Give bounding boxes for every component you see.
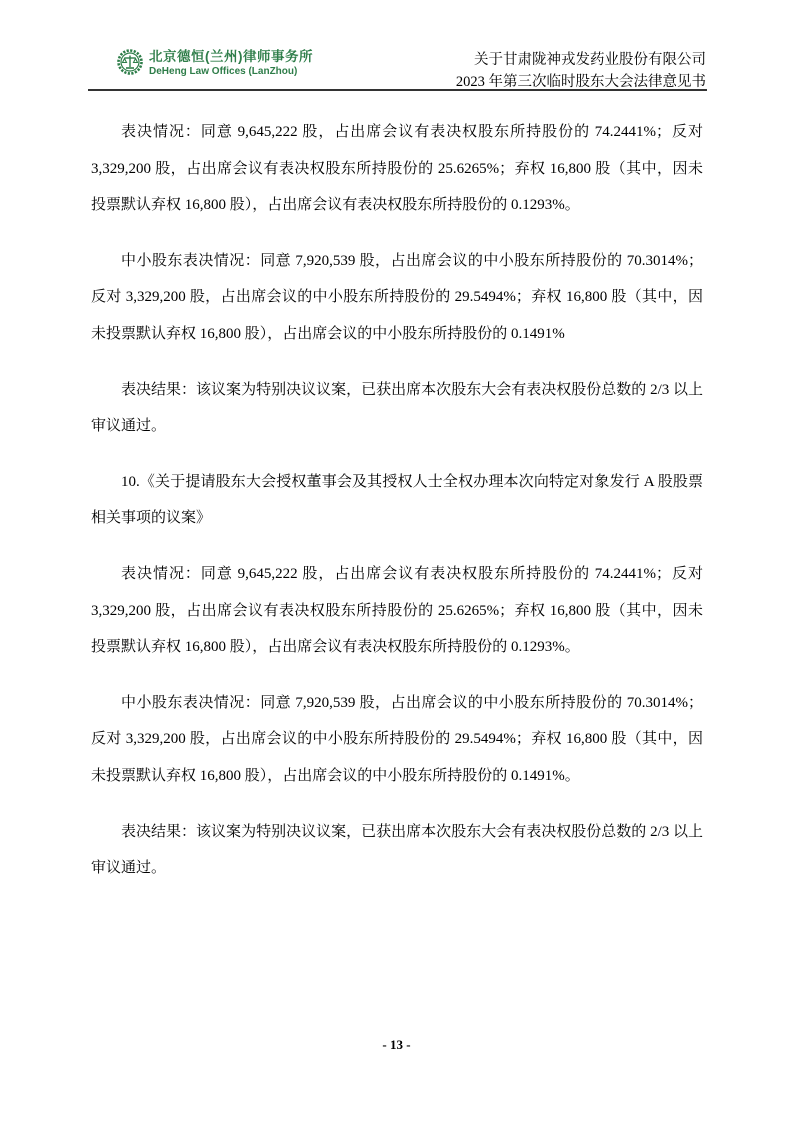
- paragraph-minority-voting-1: 中小股东表决情况：同意 7,920,539 股，占出席会议的中小股东所持股份的 …: [91, 243, 703, 353]
- document-body: 表决情况：同意 9,645,222 股，占出席会议有表决权股东所持股份的 74.…: [91, 114, 703, 906]
- document-title-line1: 关于甘肃陇神戎发药业股份有限公司: [456, 50, 706, 72]
- letterhead: 北京德恒(兰州)律师事务所 DeHeng Law Offices (LanZho…: [117, 49, 313, 78]
- paragraph-voting-result-2: 表决情况：同意 9,645,222 股，占出席会议有表决权股东所持股份的 74.…: [91, 556, 703, 666]
- document-page: 北京德恒(兰州)律师事务所 DeHeng Law Offices (LanZho…: [0, 0, 793, 1122]
- paragraph-resolution-outcome-2: 表决结果：该议案为特别决议议案，已获出席本次股东大会有表决权股份总数的 2/3 …: [91, 814, 703, 887]
- header-divider: [88, 89, 707, 91]
- paragraph-resolution-outcome-1: 表决结果：该议案为特别决议议案，已获出席本次股东大会有表决权股份总数的 2/3 …: [91, 372, 703, 445]
- paragraph-proposal-10-title: 10.《关于提请股东大会授权董事会及其授权人士全权办理本次向特定对象发行 A 股…: [91, 464, 703, 537]
- page-number: - 13 -: [0, 1037, 793, 1053]
- paragraph-voting-result-1: 表决情况：同意 9,645,222 股，占出席会议有表决权股东所持股份的 74.…: [91, 114, 703, 224]
- firm-name-cn: 北京德恒(兰州)律师事务所: [149, 49, 313, 65]
- firm-name-en: DeHeng Law Offices (LanZhou): [149, 65, 313, 78]
- firm-name-block: 北京德恒(兰州)律师事务所 DeHeng Law Offices (LanZho…: [149, 49, 313, 78]
- document-title: 关于甘肃陇神戎发药业股份有限公司 2023 年第三次临时股东大会法律意见书: [456, 50, 706, 93]
- deheng-seal-icon: [117, 49, 143, 75]
- paragraph-minority-voting-2: 中小股东表决情况：同意 7,920,539 股，占出席会议的中小股东所持股份的 …: [91, 685, 703, 795]
